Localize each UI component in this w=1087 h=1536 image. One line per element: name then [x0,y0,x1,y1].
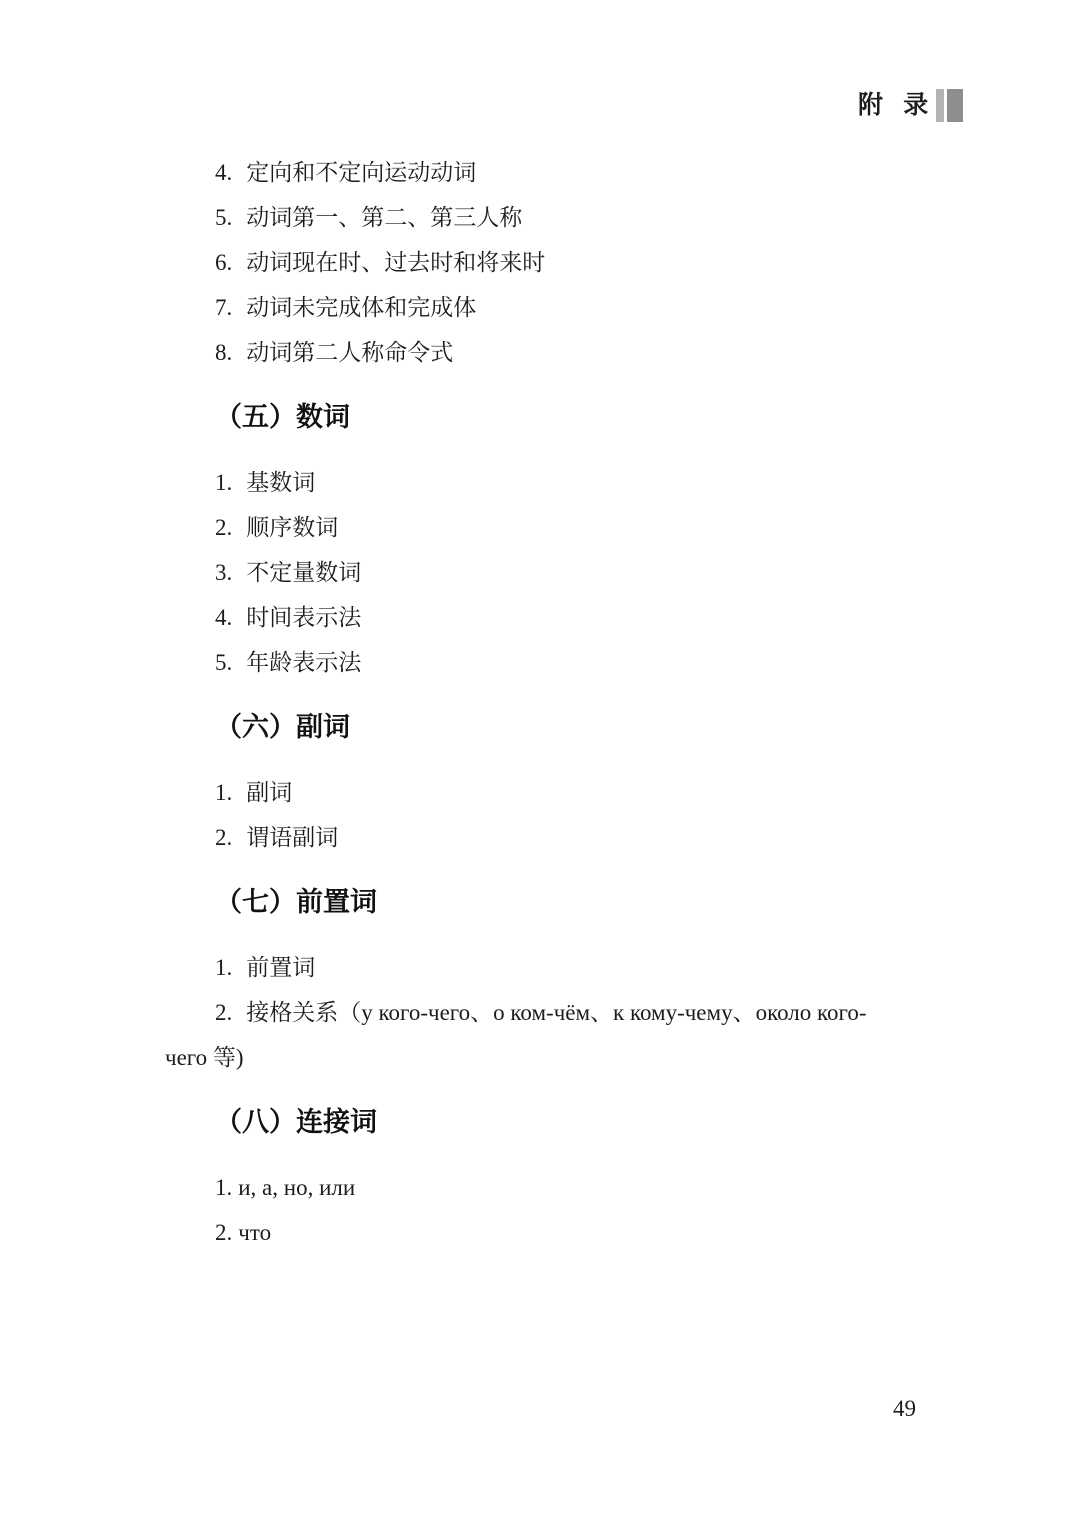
list-item: 2.顺序数词 [165,505,955,550]
item-number: 1. [215,770,232,815]
page-header: 附 录 [858,89,963,122]
item-number: 5. [215,640,232,685]
item-number: 6. [215,240,232,285]
list-item: 2.что [165,1210,955,1255]
item-text: 动词第一、第二、第三人称 [246,205,522,230]
page-content: 4.定向和不定向运动动词 5.动词第一、第二、第三人称 6.动词现在时、过去时和… [165,150,955,1255]
item-number: 7. [215,285,232,330]
item-number: 1. [215,945,232,990]
item-text: 副词 [246,780,292,805]
section-prepositions: （七）前置词 1.前置词 2.接格关系（у кого-чего、о ком-чё… [165,880,955,1080]
section-adverbs: （六）副词 1.副词 2.谓语副词 [165,705,955,860]
list-item: 1.前置词 [165,945,955,990]
item-text: 动词第二人称命令式 [246,340,453,365]
item-text: 定向和不定向运动动词 [246,160,476,185]
list-item: 3.不定量数词 [165,550,955,595]
item-text: 接格关系（у кого-чего、о ком-чём、к кому-чему、о… [246,1000,866,1025]
list-item: 1.副词 [165,770,955,815]
item-text: 基数词 [246,470,315,495]
list-item: 7.动词未完成体和完成体 [165,285,955,330]
item-number: 2. [215,505,232,550]
item-number: 5. [215,195,232,240]
item-text: и, а, но, или [238,1175,355,1200]
document-page: 附 录 4.定向和不定向运动动词 5.动词第一、第二、第三人称 6.动词现在时、… [0,0,1087,1536]
item-text: 时间表示法 [246,605,361,630]
header-accent-bar-dark [947,89,963,122]
page-number: 49 [893,1395,916,1423]
item-text: что [238,1220,271,1245]
section-verb-items: 4.定向和不定向运动动词 5.动词第一、第二、第三人称 6.动词现在时、过去时和… [165,150,955,375]
section-conjunctions: （八）连接词 1.и, а, но, или 2.что [165,1100,955,1255]
section-numerals: （五）数词 1.基数词 2.顺序数词 3.不定量数词 4.时间表示法 5.年龄表… [165,395,955,685]
list-item: 4.时间表示法 [165,595,955,640]
item-text: 不定量数词 [246,560,361,585]
item-number: 1. [215,1165,232,1210]
item-number: 2. [215,1210,232,1255]
section-heading-adverbs: （六）副词 [165,705,955,750]
item-number: 8. [215,330,232,375]
list-item: 6.动词现在时、过去时和将来时 [165,240,955,285]
item-text: 谓语副词 [246,825,338,850]
item-number: 2. [215,815,232,860]
section-heading-numerals: （五）数词 [165,395,955,440]
header-title: 附 录 [858,89,928,122]
section-heading-prepositions: （七）前置词 [165,880,955,925]
list-item: 5.动词第一、第二、第三人称 [165,195,955,240]
item-text: 年龄表示法 [246,650,361,675]
item-number: 4. [215,595,232,640]
section-heading-conjunctions: （八）连接词 [165,1100,955,1145]
item-number: 3. [215,550,232,595]
header-accent-bar-light [936,89,944,122]
item-text: 前置词 [246,955,315,980]
list-item: 1.и, а, но, или [165,1165,955,1210]
list-item: 5.年龄表示法 [165,640,955,685]
list-item: 4.定向和不定向运动动词 [165,150,955,195]
item-number: 2. [215,990,232,1035]
item-text: 动词未完成体和完成体 [246,295,476,320]
item-text-continuation: чего 等) [165,1035,955,1080]
item-number: 1. [215,460,232,505]
list-item: 2.谓语副词 [165,815,955,860]
list-item: 1.基数词 [165,460,955,505]
list-item: 8.动词第二人称命令式 [165,330,955,375]
item-number: 4. [215,150,232,195]
item-text: 顺序数词 [246,515,338,540]
item-text: 动词现在时、过去时和将来时 [246,250,545,275]
list-item: 2.接格关系（у кого-чего、о ком-чём、к кому-чему… [165,990,955,1080]
